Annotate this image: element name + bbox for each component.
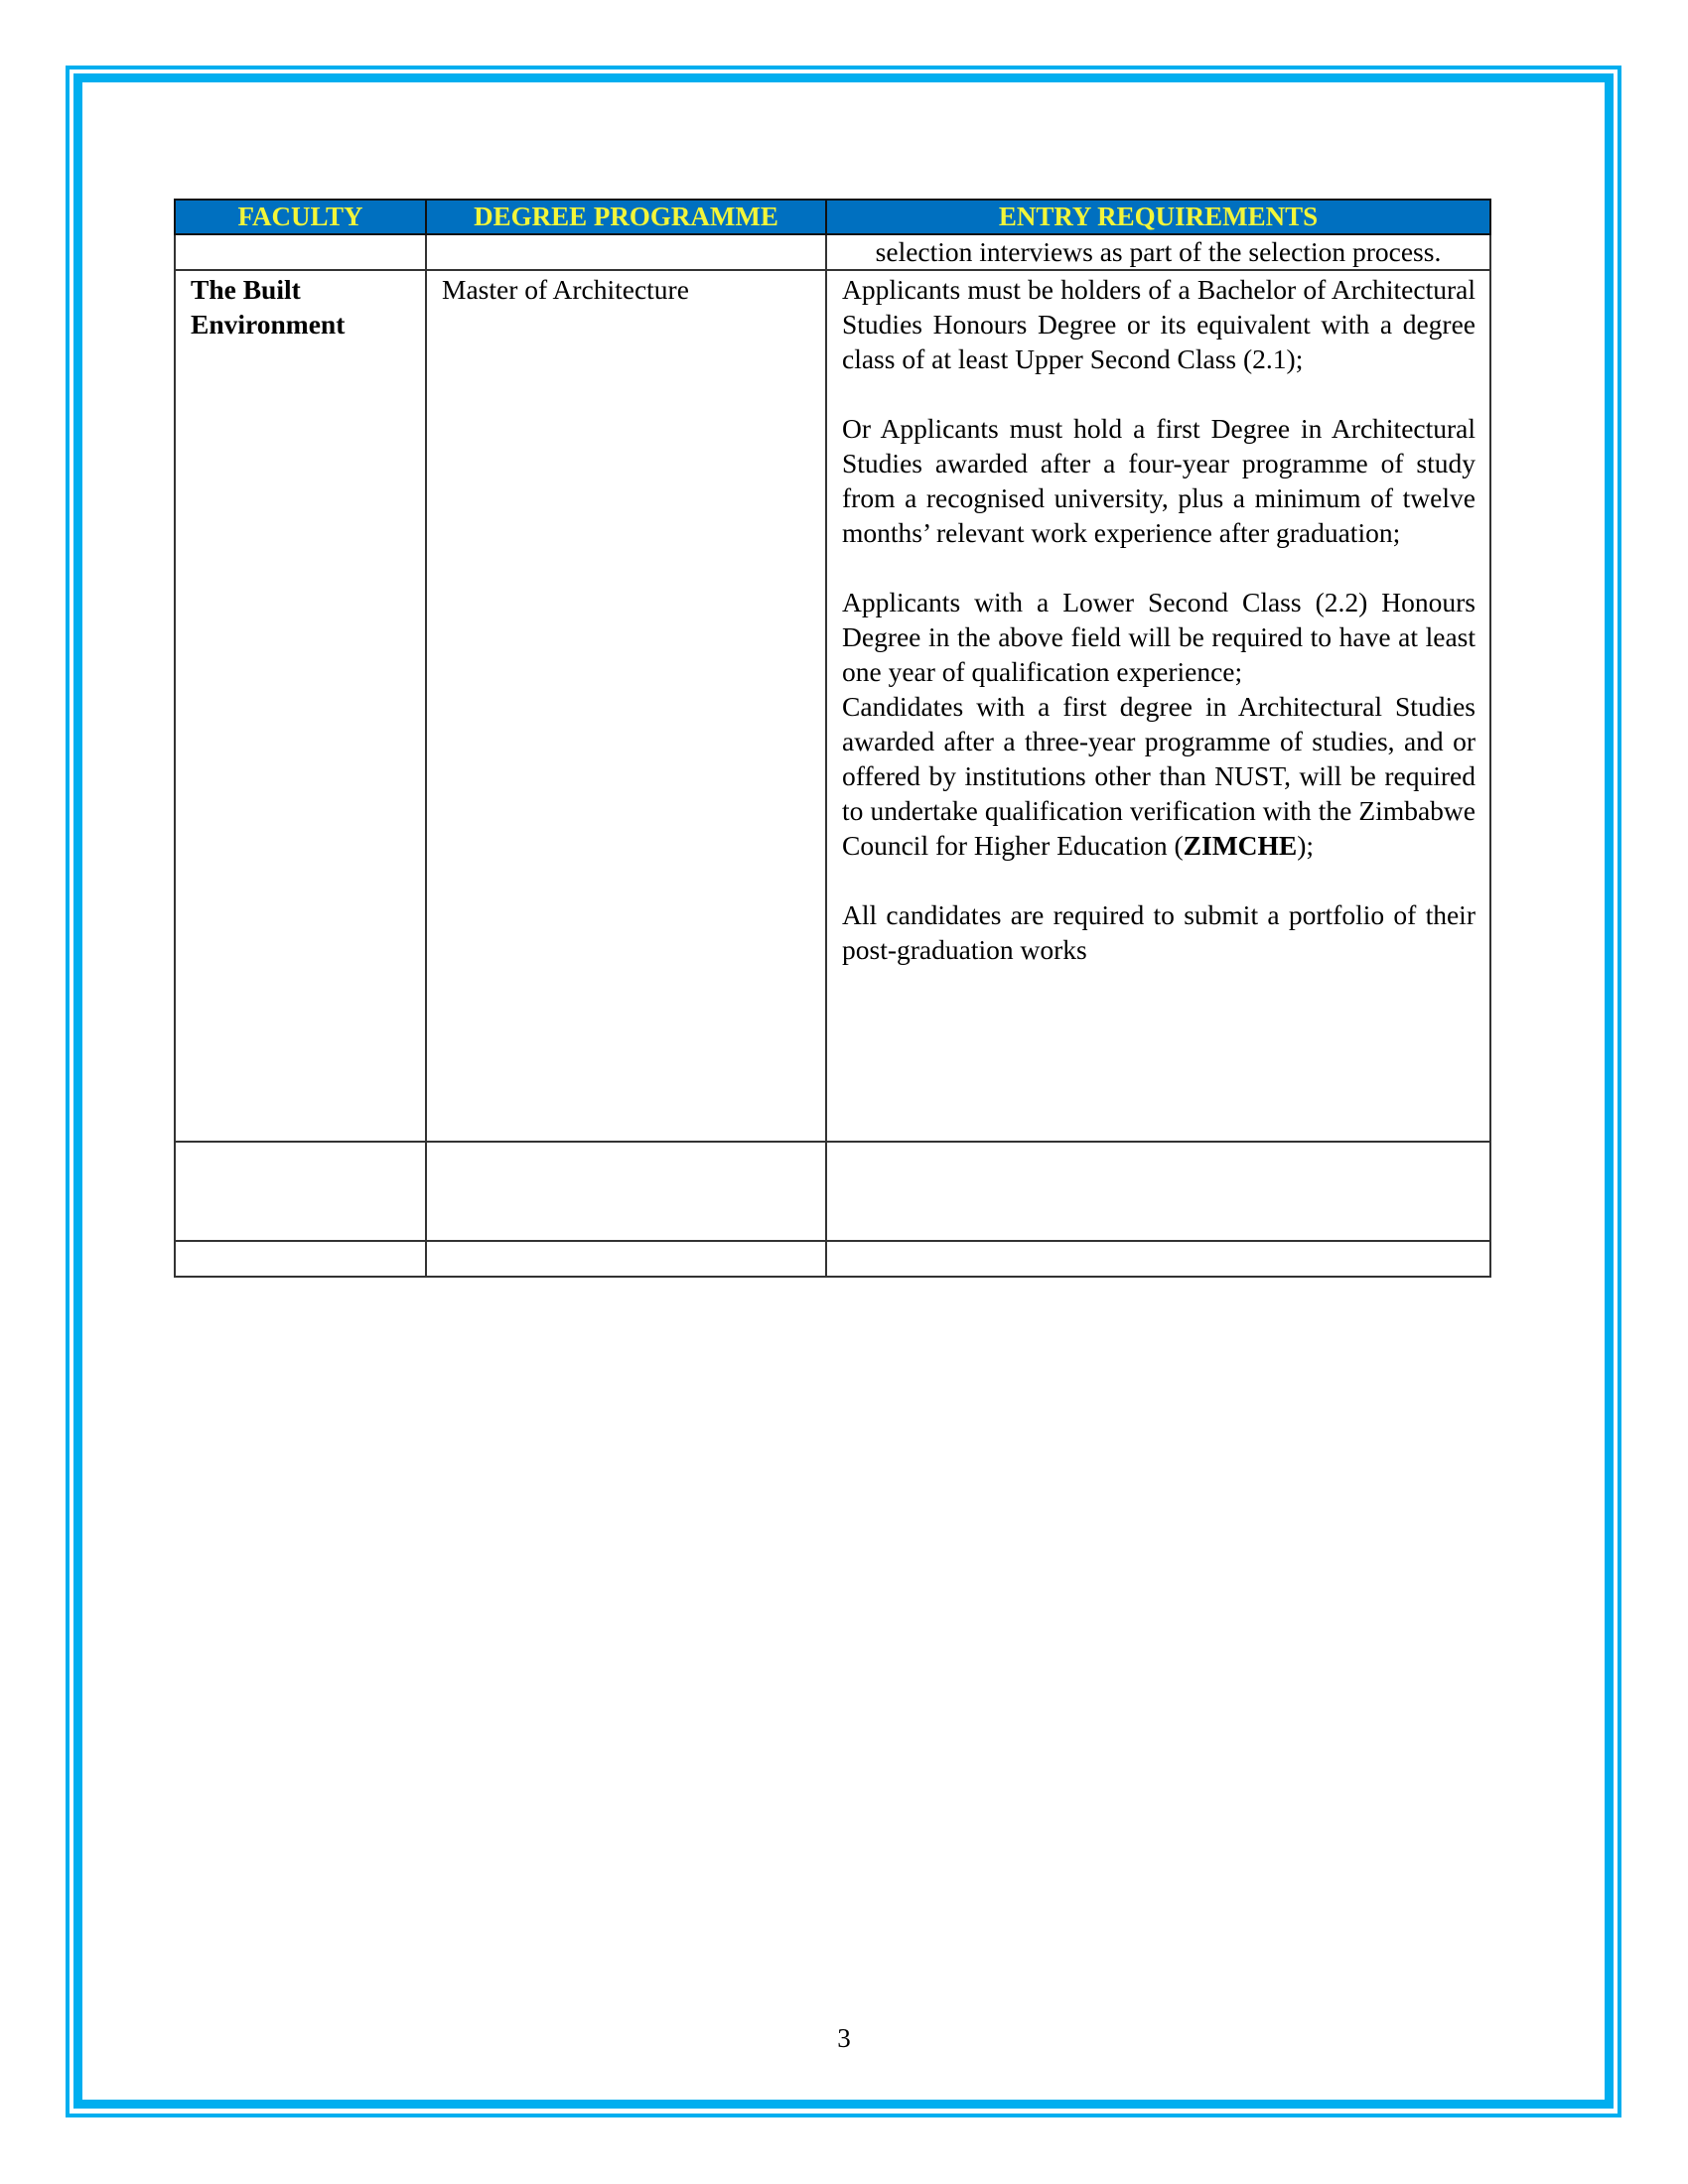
faculty-cell: The Built Environment (175, 270, 426, 1142)
requirement-paragraph: Applicants with a Lower Second Class (2.… (842, 585, 1476, 689)
table-row: selection interviews as part of the sele… (175, 234, 1490, 270)
requirements-cell (826, 1142, 1490, 1241)
table-row: The Built Environment Master of Architec… (175, 270, 1490, 1142)
requirements-cell: Applicants must be holders of a Bachelor… (826, 270, 1490, 1142)
programme-cell (426, 1142, 826, 1241)
header-faculty: FACULTY (175, 200, 426, 234)
programme-cell (426, 234, 826, 270)
page-number: 3 (0, 2022, 1688, 2054)
requirements-cell (826, 1241, 1490, 1277)
header-entry-requirements: ENTRY REQUIREMENTS (826, 200, 1490, 234)
requirement-paragraph: Or Applicants must hold a first Degree i… (842, 411, 1476, 550)
requirements-cell: selection interviews as part of the sele… (826, 234, 1490, 270)
faculty-cell (175, 234, 426, 270)
zimche-acronym: ZIMCHE (1184, 830, 1298, 861)
programme-cell: Master of Architecture (426, 270, 826, 1142)
programme-name: Master of Architecture (427, 271, 825, 307)
requirement-paragraph: Applicants must be holders of a Bachelor… (842, 272, 1476, 376)
requirement-paragraph: Candidates with a first degree in Archit… (842, 689, 1476, 863)
table-row (175, 1241, 1490, 1277)
table-header-row: FACULTY DEGREE PROGRAMME ENTRY REQUIREME… (175, 200, 1490, 234)
table-row (175, 1142, 1490, 1241)
programme-cell (426, 1241, 826, 1277)
header-degree-programme: DEGREE PROGRAMME (426, 200, 826, 234)
requirement-paragraph: All candidates are required to submit a … (842, 897, 1476, 967)
entry-requirements-table: FACULTY DEGREE PROGRAMME ENTRY REQUIREME… (174, 199, 1491, 1278)
faculty-name: The Built Environment (176, 271, 425, 341)
faculty-cell (175, 1142, 426, 1241)
requirements-continuation: selection interviews as part of the sele… (827, 235, 1489, 268)
faculty-cell (175, 1241, 426, 1277)
